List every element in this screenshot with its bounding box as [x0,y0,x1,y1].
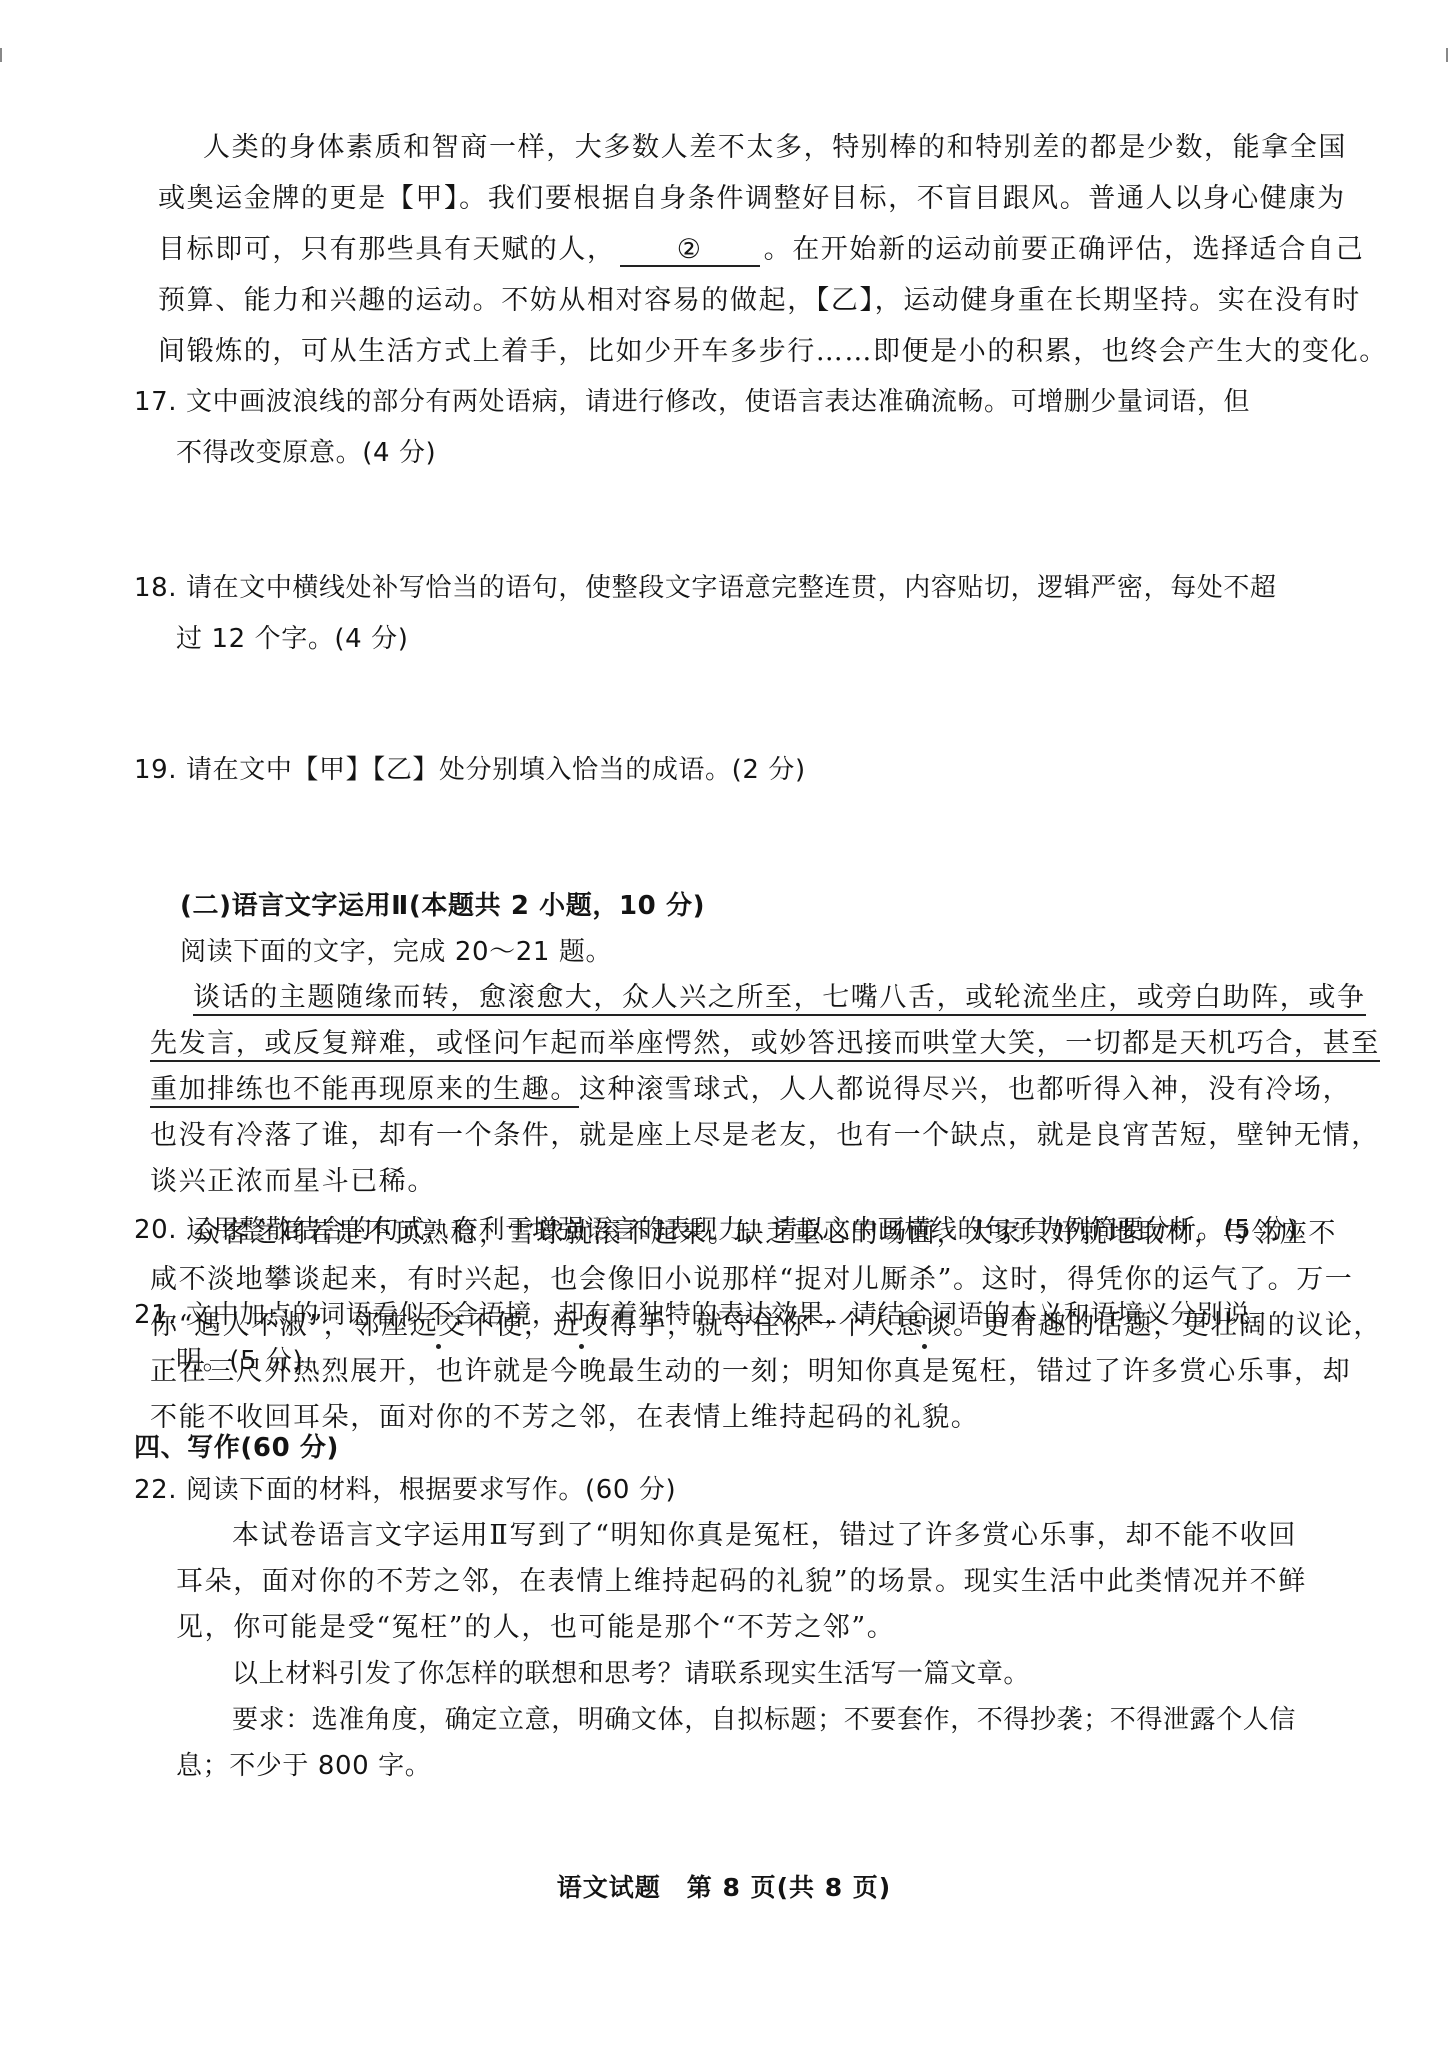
passage-line: 咸不淡地攀谈起来，有时兴起，也会像旧小说那样“捉对儿厮杀”。这时，得凭你的运气了… [150,1262,1353,1298]
underlined-sentence: 重加排练也不能再现原来的生趣。 [150,1074,579,1108]
fill-blank-2: ② [620,235,760,267]
passage-line: 或奥运金牌的更是【甲】。我们要根据自身条件调整好目标，不盲目跟风。普通人以身心健… [158,181,1346,217]
prompt-line: 本试卷语言文字运用Ⅱ写到了“明知你真是冤枉，错过了许多赏心乐事，却不能不收回 [232,1518,1297,1554]
question-text: 21. 文中加点的词语看似不合语境，却有着独特的表达效果，请结合词语的本义和语境… [134,1297,1250,1333]
question-text: 明。(5 分) [176,1343,303,1379]
question-text: 不得改变原意。(4 分) [176,435,436,471]
section-title: 四、写作(60 分) [134,1430,339,1466]
underlined-sentence: 先发言，或反复辩难，或怪问乍起而举座愕然，或妙答迅接而哄堂大笑，一切都是天机巧合… [150,1028,1380,1062]
underlined-sentence: 谈话的主题随缘而转，愈滚愈大，众人兴之所至，七嘴八舌，或轮流坐庄，或旁白助阵，或… [193,982,1366,1016]
passage-line: 预算、能力和兴趣的运动。不妨从相对容易的做起，【乙】，运动健身重在长期坚持。实在… [158,283,1361,319]
scan-edge-mark [0,48,2,62]
prompt-line: 见，你可能是受“冤枉”的人，也可能是那个“不芳之邻”。 [176,1610,895,1646]
page-footer: 语文试题 第 8 页(共 8 页) [0,1868,1448,1904]
question-text: 19. 请在文中【甲】【乙】处分别填入恰当的成语。(2 分) [134,752,806,788]
prompt-line: 耳朵，面对你的不芳之邻，在表情上维持起码的礼貌”的场景。现实生活中此类情况并不鲜 [176,1564,1307,1600]
section-title: (二)语言文字运用Ⅱ(本题共 2 小题，10 分) [180,888,705,924]
question-text: 17. 文中画波浪线的部分有两处语病，请进行修改，使语言表达准确流畅。可增删少量… [134,384,1250,420]
passage-line: 间锻炼的，可从生活方式上着手，比如少开车多步行……即便是小的积累，也终会产生大的… [158,334,1388,370]
passage-line: 先发言，或反复辩难，或怪问乍起而举座愕然，或妙答迅接而哄堂大笑，一切都是天机巧合… [150,1026,1380,1062]
passage-line: 谈话的主题随缘而转，愈滚愈大，众人兴之所至，七嘴八舌，或轮流坐庄，或旁白助阵，或… [193,980,1366,1016]
passage-line: 正在三尺外热烈展开，也许就是今晚最生动的一刻；明知你真是冤枉，错过了许多赏心乐事… [150,1354,1351,1390]
section-instruction: 阅读下面的文字，完成 20～21 题。 [180,934,612,970]
requirements-line: 息；不少于 800 字。 [176,1748,431,1784]
passage-line: 谈兴正浓而星斗已稀。 [150,1164,436,1200]
prompt-line: 以上材料引发了你怎样的联想和思考？请联系现实生活写一篇文章。 [232,1656,1030,1692]
exam-page: 人类的身体素质和智商一样，大多数人差不太多，特别棒的和特别差的都是少数，能拿全国… [0,0,1448,2047]
question-text: 22. 阅读下面的材料，根据要求写作。(60 分) [134,1472,676,1508]
question-text: 20. 运用整散结合的句式，有利于增强语言的表现力，请以文中画横线的句子为例简要… [134,1212,1298,1248]
passage-line: 也没有冷落了谁，却有一个条件，就是座上尽是老友，也有一个缺点，就是良宵苦短，壁钟… [150,1118,1380,1154]
requirements-line: 要求：选准角度，确定立意，明确文体，自拟标题；不要套作，不得抄袭；不得泄露个人信 [232,1702,1296,1738]
passage-line: 目标即可，只有那些具有天赋的人，②。在开始新的运动前要正确评估，选择适合自己 [158,232,1364,268]
passage-line: 人类的身体素质和智商一样，大多数人差不太多，特别棒的和特别差的都是少数，能拿全国 [203,130,1347,166]
question-text: 18. 请在文中横线处补写恰当的语句，使整段文字语意完整连贯，内容贴切，逻辑严密… [134,570,1277,606]
passage-line: 重加排练也不能再现原来的生趣。这种滚雪球式，人人都说得尽兴，也都听得入神，没有冷… [150,1072,1351,1108]
question-text: 过 12 个字。(4 分) [176,621,409,657]
